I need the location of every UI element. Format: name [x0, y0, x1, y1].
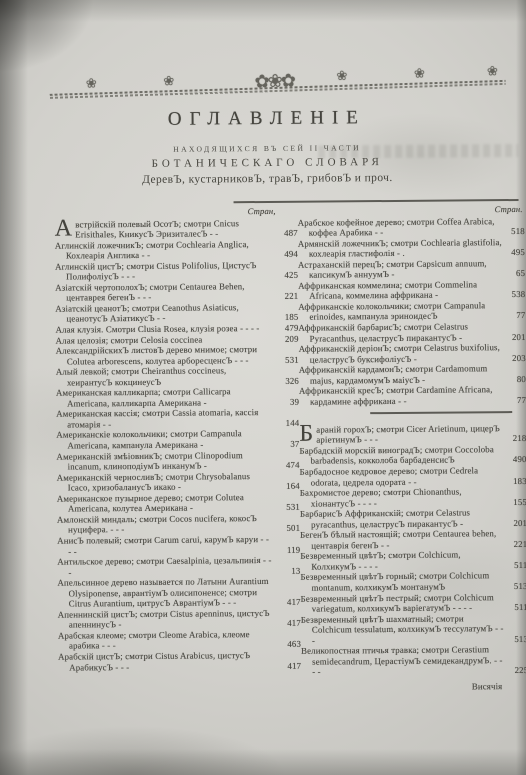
toc-entry-text: Аглинскій ложечникЪ; смотри Cochlearia A… — [55, 239, 249, 261]
floral-headpiece-ornament: ❀❀✿❀✿❀❀❀ — [49, 67, 506, 111]
page-number: 518 — [511, 226, 525, 237]
flower-sprig-icon: ❀ — [487, 63, 496, 79]
subtitle-line3: ДеревЪ, кустарниковЪ, травЪ, грибовЪ и п… — [28, 171, 506, 187]
toc-entry: Аффриканскій барбарисЪ; смотри Celastrus… — [298, 321, 525, 344]
toc-entry: Безвременный цвѣтЪ; смотри Colchicum, Ко… — [300, 549, 526, 572]
toc-entry: БегенЪ бѣлый настоящій; смотри Centaurea… — [300, 528, 526, 551]
toc-entry-text: Аффриканскій барбарисЪ; смотри Celastrus… — [298, 321, 468, 343]
page-number: 487 — [284, 228, 298, 239]
toc-entry: АлександрійскихЪ листовЪ дерево мнимое; … — [56, 344, 299, 367]
page-number: 164 — [286, 481, 300, 492]
right-entry-list-letter-a: Арабское кофейное дерево; смотри Coffea … — [298, 215, 526, 407]
flower-sprig-icon: ✿❀✿ — [254, 70, 294, 92]
section-divider-rule — [370, 411, 512, 414]
page-number: 225 — [515, 665, 526, 676]
page-number: 80 — [517, 374, 526, 385]
page-number: 474 — [286, 460, 300, 471]
page-number: 77 — [516, 310, 525, 321]
toc-entry: Американскій змѣіовникЪ; смотри Clinopod… — [56, 449, 299, 472]
page-number: 221 — [514, 539, 526, 550]
toc-entry-text: Азіатскій чертополохЪ; смотри Centaurea … — [55, 281, 244, 303]
catchword: Висячія — [301, 681, 526, 693]
page-number: 513 — [514, 634, 526, 645]
page-number: 201 — [513, 518, 526, 529]
toc-entry: Великопостная птичья травка; смотри Cera… — [301, 644, 526, 677]
toc-entry: Апельсинное дерево называется по Латыни … — [57, 576, 300, 610]
toc-entry-text: Безвременный цвѣтЪ пестрый; смотри Colch… — [301, 592, 494, 614]
drop-cap: Б — [299, 424, 313, 443]
toc-entry-text: Аффриканскій кардамонЪ; смотри Cardamomu… — [299, 363, 488, 385]
page-number: 490 — [513, 454, 526, 465]
toc-entry-text: Астраханскій перецЪ; смотри Capsicum ann… — [298, 258, 487, 280]
toc-entry: Антильское дерево; смотри Caesalpinia, ц… — [57, 555, 300, 578]
toc-entry: Армянскій ложечникЪ; смотри Cochlearia g… — [298, 237, 525, 260]
page-number: 77 — [517, 395, 526, 406]
left-column: Стран, Австрійскій полевый ОсотЪ; смотри… — [55, 206, 302, 673]
page-number: 37 — [290, 439, 299, 450]
page-number: 326 — [285, 375, 299, 386]
page-number: 65 — [516, 268, 525, 279]
page-number: 417 — [287, 660, 301, 671]
toc-entry-text: Бараній горохЪ; смотри Cicer Arietinum, … — [316, 423, 500, 445]
column-header-right: Стран. — [298, 204, 525, 216]
toc-entry: Аффриканскій кресЪ; смотри Cardamine Afr… — [299, 384, 526, 407]
column-top-rule — [234, 199, 519, 203]
toc-entry-text: БарбарисЪ Аффриканскій; смотри Celastrus… — [300, 508, 470, 530]
page-number: 494 — [284, 249, 298, 260]
toc-entry: Арабское кофейное дерево; смотри Coffea … — [298, 215, 525, 238]
page-number: 221 — [285, 291, 299, 302]
toc-entry-text: АлександрійскихЪ листовЪ дерево мнимое; … — [56, 344, 258, 366]
page-number: 511 — [514, 560, 526, 571]
page-number: 531 — [285, 354, 299, 365]
scanned-book-page: ❀❀✿❀✿❀❀❀ ОГЛАВЛЕНІЕ НАХОДЯЩИХСЯ ВЪ СЕЙ I… — [0, 0, 526, 775]
toc-entry: Аффриканскій деріонЪ; смотри Celastrus b… — [299, 342, 526, 365]
toc-entry-text: Американская калликарпа; смотри Callicar… — [56, 387, 231, 409]
toc-entry-text: Безвременный цвѣтЪ; смотри Colchicum, Ко… — [300, 550, 460, 572]
page-number: 417 — [287, 597, 301, 608]
toc-entry-text: Армянскій ложечникЪ; смотри Cochlearia g… — [298, 237, 502, 259]
toc-entry-text: Алый левкой; смотри Cheiranthus coccineu… — [56, 365, 227, 387]
page-title: ОГЛАВЛЕНІЕ — [28, 106, 506, 132]
toc-entry-text: Апеннинскій цистЪ; смотри Cistus apennin… — [58, 608, 270, 630]
toc-entry: Аффриканская коммелина; смотри Commelina… — [298, 279, 525, 302]
page-number: 201 — [512, 331, 526, 342]
toc-entry-text: Аффриканскіе колокольчики; смотри Campan… — [298, 300, 485, 322]
page-content: ❀❀✿❀✿❀❀❀ ОГЛАВЛЕНІЕ НАХОДЯЩИХСЯ ВЪ СЕЙ I… — [0, 0, 526, 775]
toc-entry-text: Австрійскій полевый ОсотЪ; смотри Cnicus… — [75, 218, 239, 240]
toc-entry: Арабская клеоме; смотри Cleome Arabica, … — [58, 629, 301, 652]
flower-sprig-icon: ❀ — [163, 73, 172, 89]
page-number: 155 — [513, 497, 526, 508]
toc-entry-text: Апельсинное дерево называется по Латыни … — [57, 576, 268, 609]
toc-entry-text: Безвременный цвѣтЪ горный; смотри Colchi… — [300, 571, 489, 593]
page-number: 119 — [287, 544, 300, 555]
page-number: 203 — [512, 353, 526, 364]
toc-entry-text: Барбадскій морскій виноградЪ; смотри Coc… — [299, 444, 493, 466]
subtitle-line1: НАХОДЯЩИХСЯ ВЪ СЕЙ II ЧАСТИ — [28, 142, 506, 155]
toc-entry-text: Барбадосное кедровое дерево; смотри Cedr… — [300, 465, 479, 487]
toc-entry: Американское пузырное дерево; смотри Col… — [57, 491, 300, 514]
toc-entry: Безвременный цвѣтЪ пестрый; смотри Colch… — [301, 591, 526, 614]
toc-entry-text: Аффриканская коммелина; смотри Commelina… — [298, 279, 477, 301]
toc-entry: Бараній горохЪ; смотри Cicer Arietinum, … — [299, 423, 526, 446]
toc-entry-text: Безвременный цвѣтЪ шахматный; смотри Col… — [301, 613, 504, 645]
toc-entry: Азіатскій чертополохЪ; смотри Centaurea … — [55, 281, 298, 304]
toc-entry: Арабскій цистЪ; смотри Cistus Arabicus, … — [58, 650, 301, 673]
toc-entry-text: Бахромистое дерево; смотри Chionanthus, … — [300, 487, 462, 509]
title-block: ОГЛАВЛЕНІЕ НАХОДЯЩИХСЯ ВЪ СЕЙ II ЧАСТИ Б… — [28, 106, 507, 187]
right-column: Стран. Арабское кофейное дерево; смотри … — [298, 196, 526, 693]
page-number: 144 — [286, 418, 300, 429]
page-number: 183 — [513, 475, 526, 486]
page-number: 531 — [286, 502, 300, 513]
toc-entry-text: Аффриканскій деріонЪ; смотри Celastrus b… — [299, 342, 500, 364]
toc-entry: Американскіе колокольчики; смотри Campan… — [56, 428, 299, 451]
flower-sprig-icon: ❀ — [414, 65, 423, 81]
page-number: 501 — [286, 523, 300, 534]
toc-entry: АнисЪ полевый; смотри Carum carui, карум… — [57, 534, 300, 557]
drop-cap: А — [55, 219, 73, 238]
toc-entry: Американская калликарпа; смотри Callicar… — [56, 386, 299, 409]
page-number: 495 — [511, 247, 525, 258]
page-number: 479 — [285, 323, 299, 334]
toc-entry: Азіатскій цеанотЪ; смотри Ceanothus Asia… — [55, 302, 298, 325]
toc-entry-text: Американскій змѣіовникЪ; смотри Clinopod… — [56, 450, 242, 472]
page-number: 209 — [285, 333, 299, 344]
toc-entry: Австрійскій полевый ОсотЪ; смотри Cnicus… — [55, 217, 298, 240]
toc-entry-text: Аффриканскій кресЪ; смотри Cardamine Afr… — [299, 384, 493, 406]
toc-entry-text: Американская кассія; смотри Cassia atoma… — [56, 407, 258, 429]
page-number: 185 — [285, 312, 299, 323]
toc-entry-text: Аглинскій цистЪ; смотри Cistus Polifoliu… — [55, 260, 256, 282]
toc-entry-text: Американское пузырное дерево; смотри Col… — [57, 492, 244, 514]
page-number: 218 — [513, 433, 526, 444]
page-number: 463 — [287, 639, 301, 650]
toc-entry-text: БегенЪ бѣлый настоящій; смотри Centaurea… — [300, 528, 496, 550]
toc-entry: Безвременный цвѣтЪ шахматный; смотри Col… — [301, 613, 526, 646]
toc-entry-text: Арабская клеоме; смотри Cleome Arabica, … — [58, 629, 250, 651]
toc-entry-text: Американскій черносливЪ; смотри Chrysoba… — [57, 471, 250, 493]
page-number: 511 — [514, 602, 526, 613]
toc-entry-text: Великопостная птичья травка; смотри Cera… — [301, 644, 503, 676]
toc-entry: Астраханскій перецЪ; смотри Capsicum ann… — [298, 258, 525, 281]
toc-entry-text: Азіатскій цеанотЪ; смотри Ceanothus Asia… — [55, 302, 239, 324]
toc-entry: Амлонскій миндаль; смотри Cocos nucifera… — [57, 513, 300, 536]
toc-entry-text: Алая целозія; смотри Celosia coccinea — [56, 334, 203, 345]
column-header-left: Стран, — [55, 206, 298, 218]
page-number: 39 — [290, 397, 299, 408]
page-number: 13 — [291, 565, 300, 576]
page-number: 538 — [512, 289, 526, 300]
toc-entry: БарбарисЪ Аффриканскій; смотри Celastrus… — [300, 507, 526, 530]
toc-entry: Барбадскій морскій виноградЪ; смотри Coc… — [299, 444, 526, 467]
toc-entry-text: Антильское дерево; смотри Caesalpinia, ц… — [57, 555, 271, 577]
toc-entry: Аглинскій цистЪ; смотри Cistus Polifoliu… — [55, 259, 298, 282]
left-entry-list: Австрійскій полевый ОсотЪ; смотри Cnicus… — [55, 217, 302, 672]
toc-entry: Барбадосное кедровое дерево; смотри Cedr… — [300, 465, 526, 488]
toc-entry-text: Арабскій цистЪ; смотри Cistus Arabicus, … — [58, 650, 250, 672]
right-entry-list-letter-b: Бараній горохЪ; смотри Cicer Arietinum, … — [299, 423, 526, 678]
toc-entry: Апеннинскій цистЪ; смотри Cistus apennin… — [58, 607, 301, 630]
flower-sprig-icon: ❀ — [86, 75, 95, 91]
toc-entry: Американская кассія; смотри Cassia atoma… — [56, 407, 299, 430]
toc-entry: Аффриканскій кардамонЪ; смотри Cardamomu… — [299, 363, 526, 386]
toc-entry-text: Амлонскій миндаль; смотри Cocos nucifera… — [57, 513, 257, 535]
toc-entry: Алый левкой; смотри Cheiranthus coccineu… — [56, 365, 299, 388]
page-number: 425 — [284, 270, 298, 281]
page-number: 417 — [287, 618, 301, 629]
flower-sprig-icon: ❀ — [336, 68, 345, 84]
toc-entry: Аффриканскіе колокольчики; смотри Campan… — [298, 300, 525, 323]
toc-entry: Бахромистое дерево; смотри Chionanthus, … — [300, 486, 526, 509]
toc-entry: Аглинскій ложечникЪ; смотри Cochlearia A… — [55, 238, 298, 261]
toc-entry: Безвременный цвѣтЪ горный; смотри Colchi… — [300, 570, 526, 593]
toc-entry-text: Американскіе колокольчики; смотри Campan… — [56, 429, 242, 451]
subtitle-line2: БОТАНИЧЕСКАГО СЛОВАРЯ — [28, 155, 506, 171]
toc-entry-text: АнисЪ полевый; смотри Carum carui, карум… — [57, 534, 269, 556]
page-number: 513 — [514, 581, 526, 592]
toc-entry-text: Арабское кофейное дерево; смотри Coffea … — [298, 216, 495, 238]
toc-entry: Американскій черносливЪ; смотри Chrysoba… — [57, 470, 300, 493]
